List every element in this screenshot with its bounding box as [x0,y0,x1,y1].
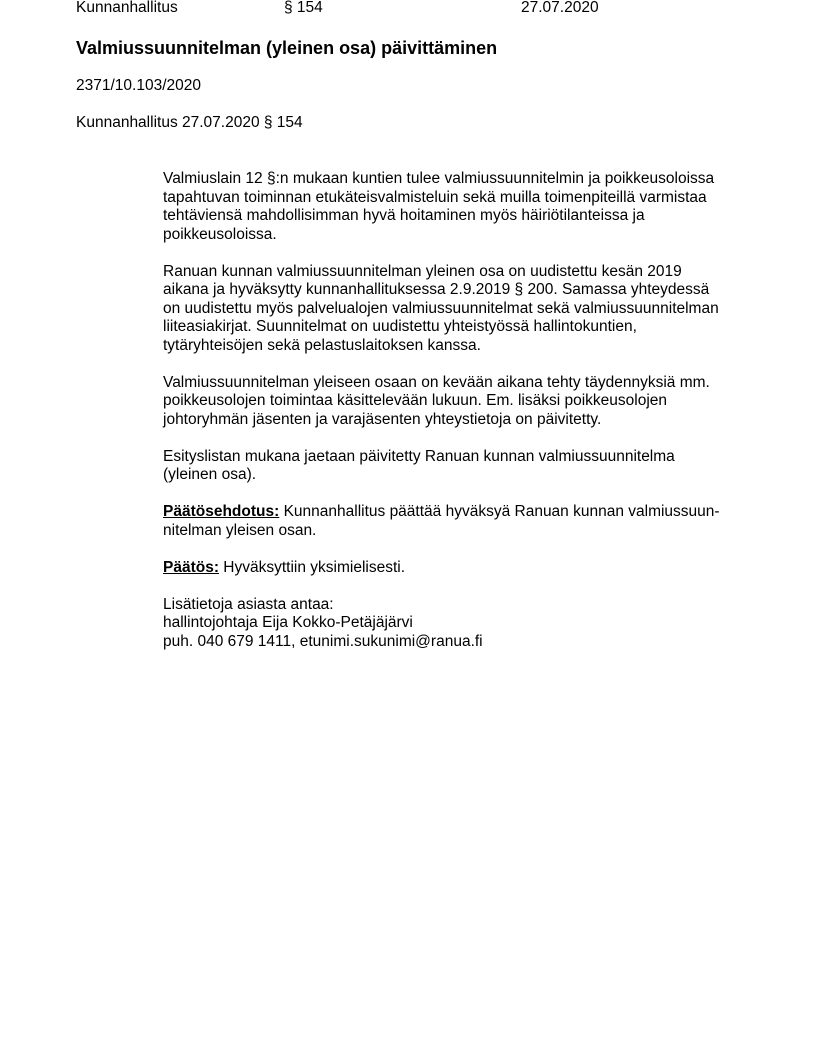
proposal-label: Päätösehdotus: [163,503,279,520]
decision-label: Päätös: [163,559,219,576]
header-section: § 154 [284,0,323,18]
paragraph-3: Valmiussuunnitelman yleiseen osaan on ke… [163,374,753,430]
header-organ: Kunnanhallitus [76,0,178,18]
paragraph-1: Valmiuslain 12 §:n mukaan kuntien tulee … [163,170,753,244]
document-title: Valmiussuunnitelman (yleinen osa) päivit… [76,37,497,59]
paragraph-4: Esityslistan mukana jaetaan päivitetty R… [163,448,753,485]
document-body: Valmiuslain 12 §:n mukaan kuntien tulee … [163,170,753,670]
decision: Päätös: Hyväksyttiin yksimielisesti. [163,559,753,578]
paragraph-2: Ranuan kunnan valmiussuunnitelman yleine… [163,263,753,356]
header-date: 27.07.2020 [521,0,599,18]
decision-proposal: Päätösehdotus: Kunnanhallitus päättää hy… [163,503,753,540]
contact-info: Lisätietoja asiasta antaa: hallintojohta… [163,596,753,652]
case-reference: 2371/10.103/2020 [76,76,201,96]
meeting-line: Kunnanhallitus 27.07.2020 § 154 [76,113,303,133]
contact-person: hallintojohtaja Eija Kokko-Petäjäjärvi [163,614,413,631]
contact-details: puh. 040 679 1411, etunimi.sukunimi@ranu… [163,633,483,650]
